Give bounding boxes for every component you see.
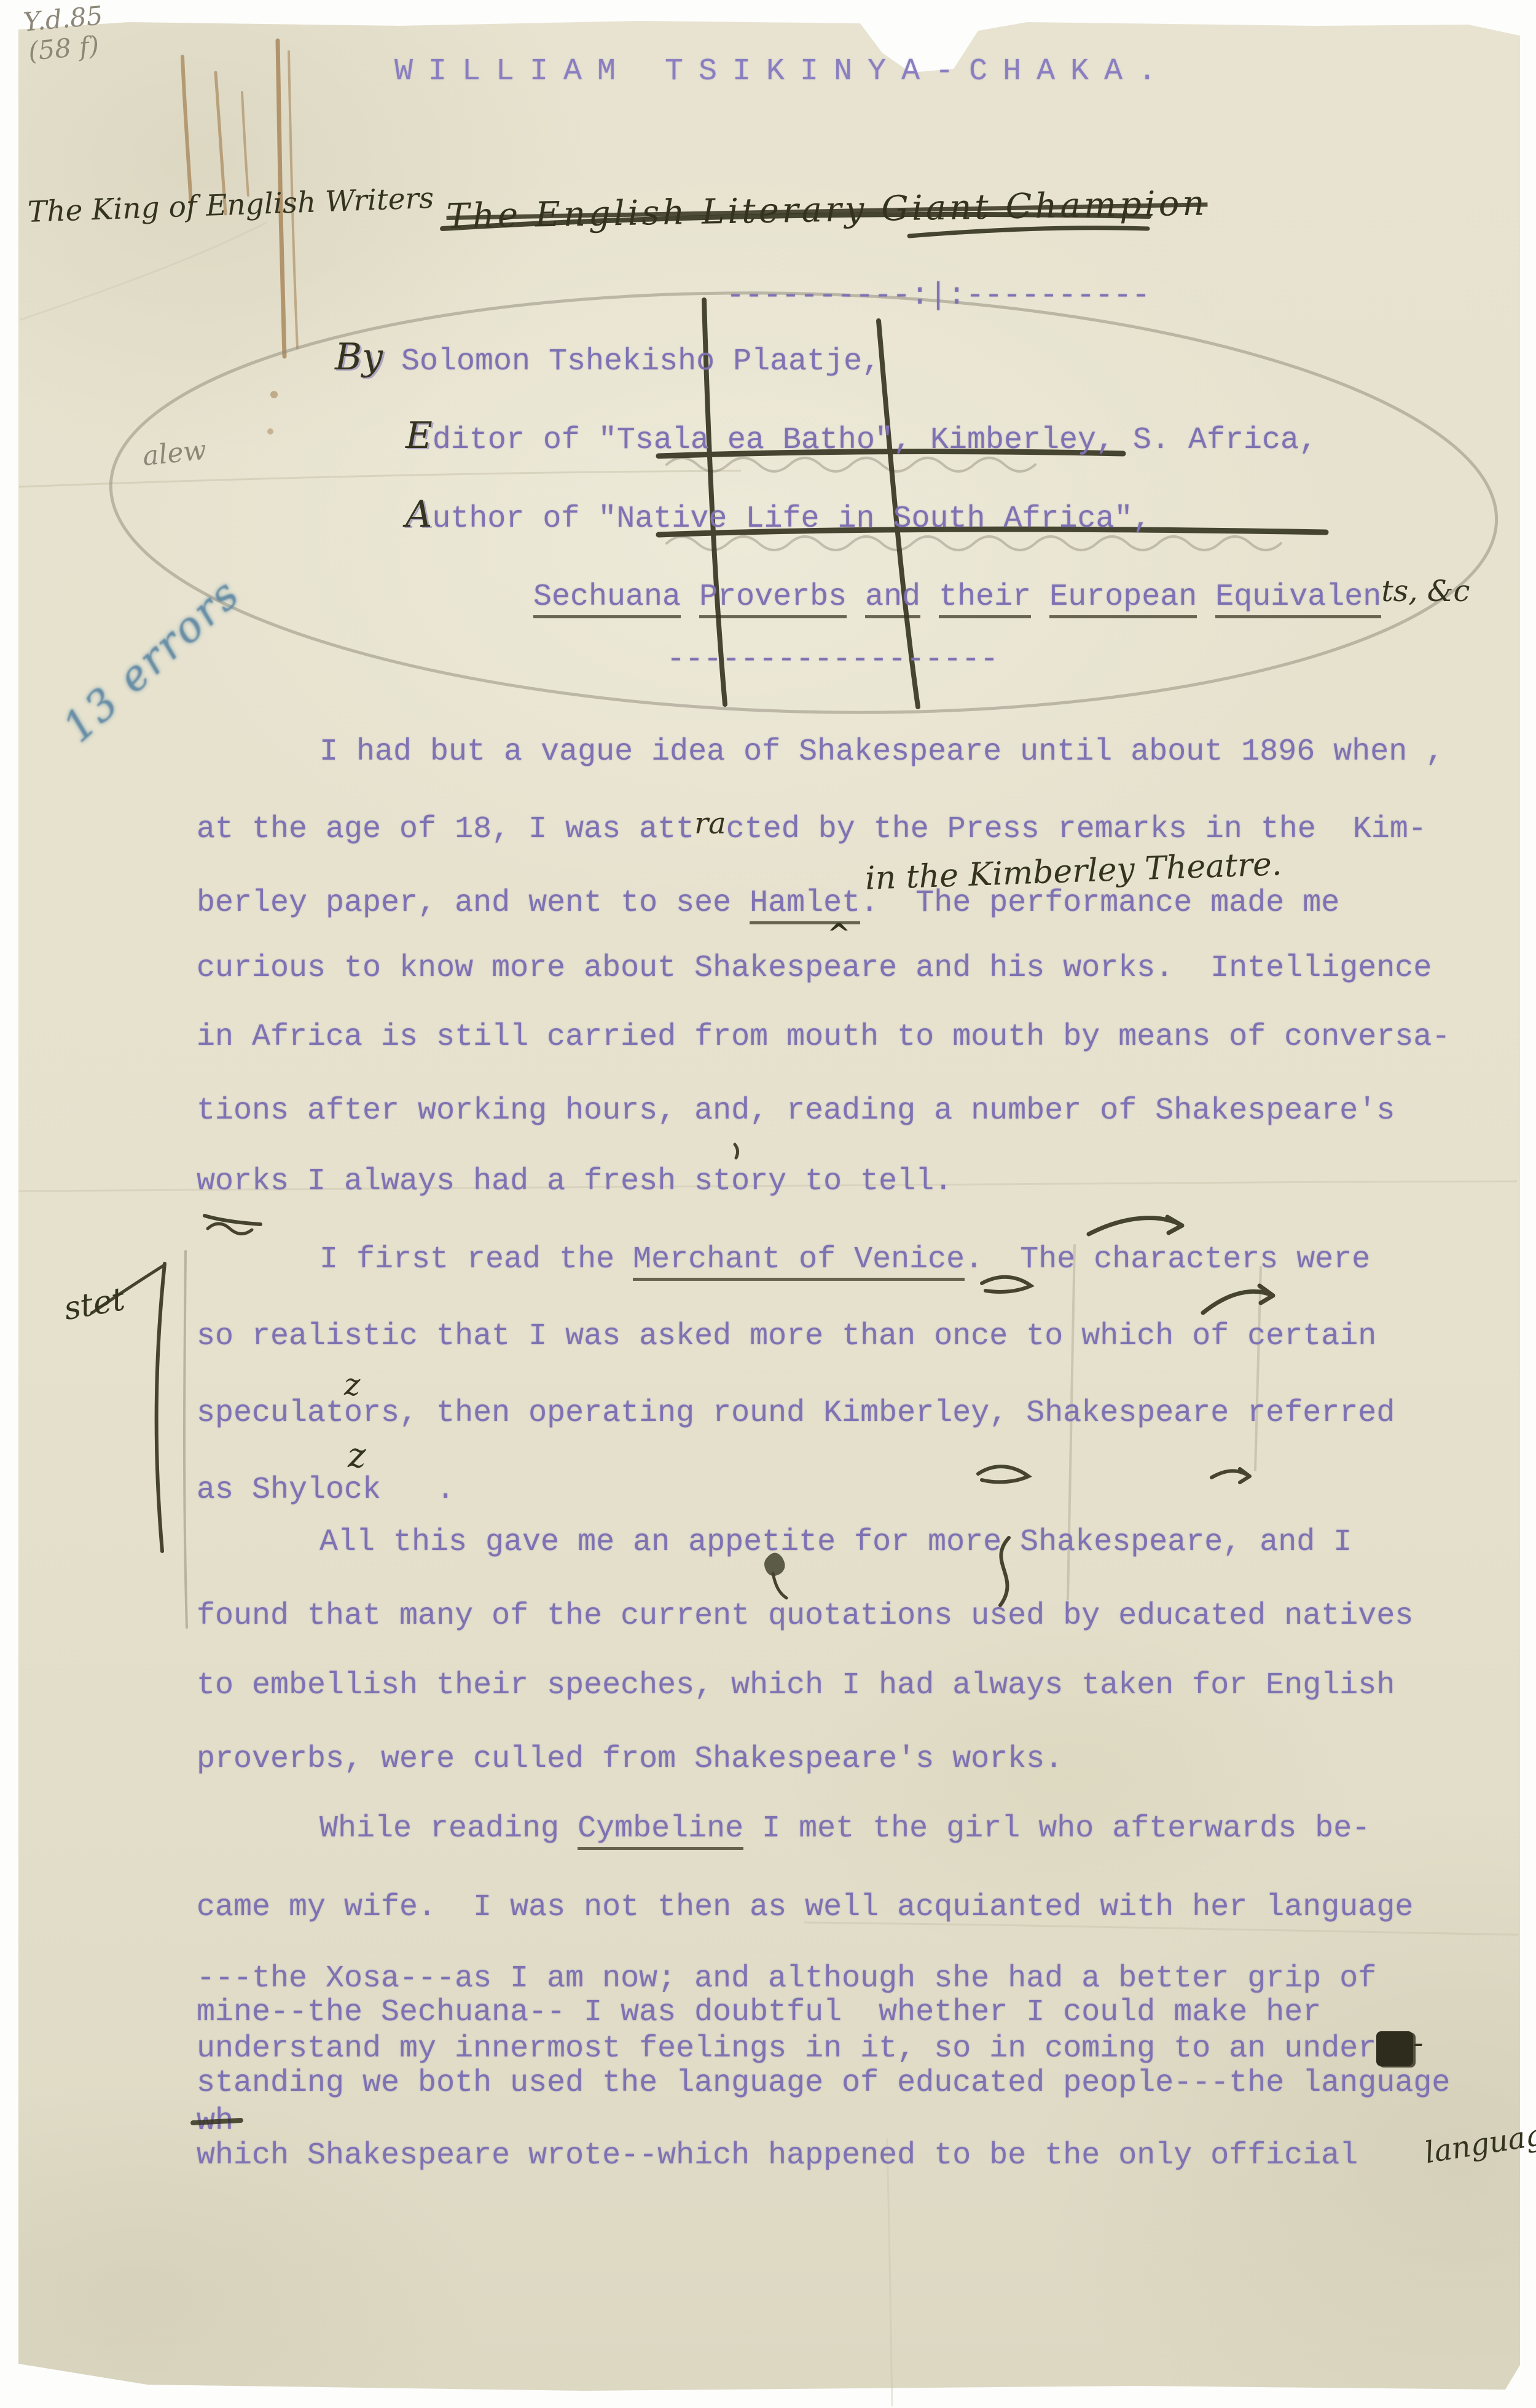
byline-line-1: By Solomon Tshekisho Plaatje,: [335, 342, 880, 377]
typed-segment: European: [1049, 580, 1197, 618]
typed-segment: wh: [197, 2104, 233, 2139]
typed-segment: uthor of ": [432, 502, 616, 537]
typed-segment: [920, 580, 939, 615]
p3-line-4: proverbs, were culled from Shakespeare's…: [197, 1742, 1063, 1778]
p4-line-6: standing we both used the language of ed…: [197, 2066, 1450, 2102]
typed-segment: Native Life in South Africa: [616, 502, 1114, 537]
p2-line-3: speculators, then operating round Kimber…: [197, 1396, 1395, 1432]
typed-segment: I met the girl who afterwards be-: [743, 1811, 1370, 1846]
typed-segment: Sechuana: [533, 580, 681, 618]
typed-segment: found that many of the current quotation…: [197, 1599, 1413, 1634]
typed-segment: ditor of ": [433, 423, 617, 458]
p4-line-2: came my wife. I was not then as well acq…: [197, 1891, 1413, 1926]
byline-line-2: Editor of "Tsala ea Batho", Kimberley, S…: [406, 420, 1317, 456]
typed-segment: as Shylock .: [197, 1473, 455, 1508]
typed-segment: at the age of 18, I was att: [197, 812, 694, 847]
typed-segment: While reading: [319, 1811, 578, 1846]
typed-segment: mine--the Sechuana-- I was doubtful whet…: [197, 1995, 1321, 2030]
typed-segment: their: [939, 580, 1031, 618]
subtitle-handwritten-struck: The English Literary Giant Champion: [446, 183, 1208, 237]
title-rule-dashes: ----------:|:----------: [726, 278, 1150, 313]
typed-segment: so realistic that I was asked more than …: [197, 1319, 1376, 1354]
typed-segment: and: [865, 580, 920, 618]
typed-segment: came my wife. I was not then as well acq…: [197, 1890, 1413, 1925]
typed-segment: in Africa is still carried from mouth to…: [197, 1020, 1450, 1055]
typed-segment: speculators, then operating round Kimber…: [197, 1396, 1395, 1431]
p4-line-3: ---the Xosa---as I am now; and although …: [197, 1962, 1376, 1997]
typed-segment: [681, 580, 699, 615]
typed-segment: curious to know more about Shakespeare a…: [197, 951, 1432, 986]
typed-segment: standing we both used the language of ed…: [197, 2066, 1450, 2101]
ink-correction: ra: [694, 806, 726, 841]
typed-segment: Solomon Tshekisho Plaatje,: [383, 344, 880, 379]
p1-line-4: curious to know more about Shakespeare a…: [197, 951, 1432, 987]
call-number-line2: (58 f): [27, 30, 100, 66]
p3-line-2: found that many of the current quotation…: [197, 1599, 1413, 1635]
p4-line-8: which Shakespeare wrote--which happened …: [197, 2139, 1358, 2174]
p2-line-2: so realistic that I was asked more than …: [197, 1320, 1376, 1355]
p4-line-5: understand my innermost feelings in it, …: [197, 2029, 1424, 2065]
typed-segment: [1031, 580, 1049, 615]
ink-correction: A: [406, 493, 432, 536]
blue-crayon-annotation: 13 errors: [54, 569, 250, 752]
typed-segment: ------------------: [667, 642, 998, 677]
typed-segment: . The characters were: [965, 1242, 1370, 1277]
p2-line-4: as Shylock .: [197, 1473, 455, 1509]
p4-line-1: While reading Cymbeline I met the girl w…: [319, 1812, 1370, 1847]
p1-line-5: in Africa is still carried from mouth to…: [197, 1020, 1450, 1056]
text-layer: Y.d.85 (58 f) WILLIAM TSIKINYA-CHAKA. Th…: [0, 0, 1536, 2408]
typed-segment: proverbs, were culled from Shakespeare's…: [197, 1742, 1063, 1777]
typed-segment: understand my innermost feelings in it, …: [197, 2031, 1376, 2066]
z-insertion-mark-1: z: [344, 1367, 360, 1403]
p3-line-1: All this gave me an appetite for more Sh…: [319, 1525, 1352, 1561]
typed-segment: st: [1376, 2031, 1413, 2066]
typed-segment: [1197, 580, 1215, 615]
typed-segment: Proverbs: [699, 580, 847, 618]
typed-segment: cted by the Press remarks in the Kim-: [726, 812, 1427, 847]
typed-segment: Equivalen: [1215, 580, 1381, 618]
ink-correction: E: [406, 414, 433, 457]
typed-segment: Merchant of Venice: [633, 1242, 965, 1281]
pencil-margin-word: alew: [141, 435, 208, 473]
typed-segment: ", Kimberley, S. Africa,: [875, 423, 1317, 458]
margin-word-language: language: [1422, 2115, 1536, 2170]
typed-segment: [847, 580, 865, 615]
p1-line-7: works I always had a fresh story to tell…: [197, 1165, 952, 1200]
p1-line-3: berley paper, and went to see Hamlet. Th…: [197, 886, 1339, 922]
typed-segment: ---the Xosa---as I am now; and although …: [197, 1961, 1376, 1996]
typed-segment: Tsala ea Batho: [617, 423, 875, 458]
typed-segment: I first read the: [319, 1242, 633, 1277]
typed-segment: ",: [1115, 502, 1151, 537]
typed-segment: tions after working hours, and, reading …: [197, 1093, 1395, 1128]
manuscript-scan: Y.d.85 (58 f) WILLIAM TSIKINYA-CHAKA. Th…: [0, 0, 1536, 2408]
byline-line-5: ------------------: [667, 643, 998, 679]
p4-line-4: mine--the Sechuana-- I was doubtful whet…: [197, 1996, 1321, 2031]
typed-segment: which Shakespeare wrote--which happened …: [197, 2138, 1358, 2173]
p4-line-7: wh: [197, 2104, 233, 2140]
byline-line-4: Sechuana Proverbs and their European Equ…: [533, 578, 1470, 613]
z-insertion-mark-2: z: [348, 1436, 366, 1476]
p3-line-3: to embellish their speeches, which I had…: [197, 1669, 1395, 1704]
typed-segment: works I always had a fresh story to tell…: [197, 1164, 952, 1199]
ink-correction: -: [1413, 2026, 1423, 2060]
typed-segment: berley paper, and went to see: [197, 886, 750, 921]
p1-line-6: tions after working hours, and, reading …: [197, 1094, 1395, 1130]
insertion-caret: ^: [827, 917, 851, 950]
subtitle-handwritten-kept: The King of English Writers: [27, 181, 434, 229]
typed-segment: to embellish their speeches, which I had…: [197, 1668, 1395, 1703]
typed-segment: All this gave me an appetite for more Sh…: [319, 1525, 1352, 1560]
p1-line-2: at the age of 18, I was attracted by the…: [197, 810, 1427, 846]
byline-line-3: Author of "Native Life in South Africa",: [406, 499, 1151, 535]
typed-segment: Cymbeline: [578, 1811, 743, 1850]
title-rule: ----------:|:----------: [616, 245, 1150, 280]
ink-correction: By: [335, 336, 383, 379]
ink-correction: ts, &c: [1381, 574, 1470, 608]
page-title: WILLIAM TSIKINYA-CHAKA.: [394, 54, 1172, 89]
p2-line-1: I first read the Merchant of Venice. The…: [319, 1243, 1370, 1278]
typed-segment: I had but a vague idea of Shakespeare un…: [319, 734, 1444, 769]
stet-note: stet: [61, 1281, 128, 1328]
p1-line-1: I had but a vague idea of Shakespeare un…: [319, 735, 1444, 771]
